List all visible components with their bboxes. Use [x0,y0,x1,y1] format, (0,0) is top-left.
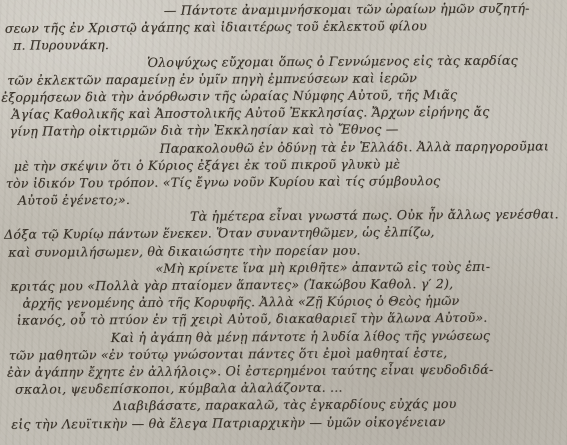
manuscript-line: ἐὰν ἀγάπην ἔχητε ἐν ἀλλήλοις». Οἱ ἐστερη… [1,360,567,381]
manuscript-line: εἰς τὴν Λευϊτικὴν — θὰ ἔλεγα Πατριαρχικὴ… [1,412,567,433]
manuscript-text-block: — Πάντοτε ἀναμιμνήσκομαι τῶν ὡραίων ἡμῶν… [0,0,567,432]
manuscript-line: Ὁλοψύχως εὔχομαι ὅπως ὁ Γεννώμενος εἰς τ… [0,51,566,72]
letter-page: — Πάντοτε ἀναμιμνήσκομαι τῶν ὡραίων ἡμῶν… [0,0,567,445]
manuscript-line: «Μὴ κρίνετε ἵνα μὴ κριθῆτε» ἀπαντῶ εἰς τ… [0,257,567,278]
manuscript-line: Παρακολουθῶ ἐν ὀδύνῃ τὰ ἐν Ἑλλάδι. Ἀλλὰ … [0,137,567,158]
manuscript-line: Καὶ ἡ ἀγάπη θὰ μένῃ πάντοτε ἡ λυδία λίθο… [1,326,567,347]
